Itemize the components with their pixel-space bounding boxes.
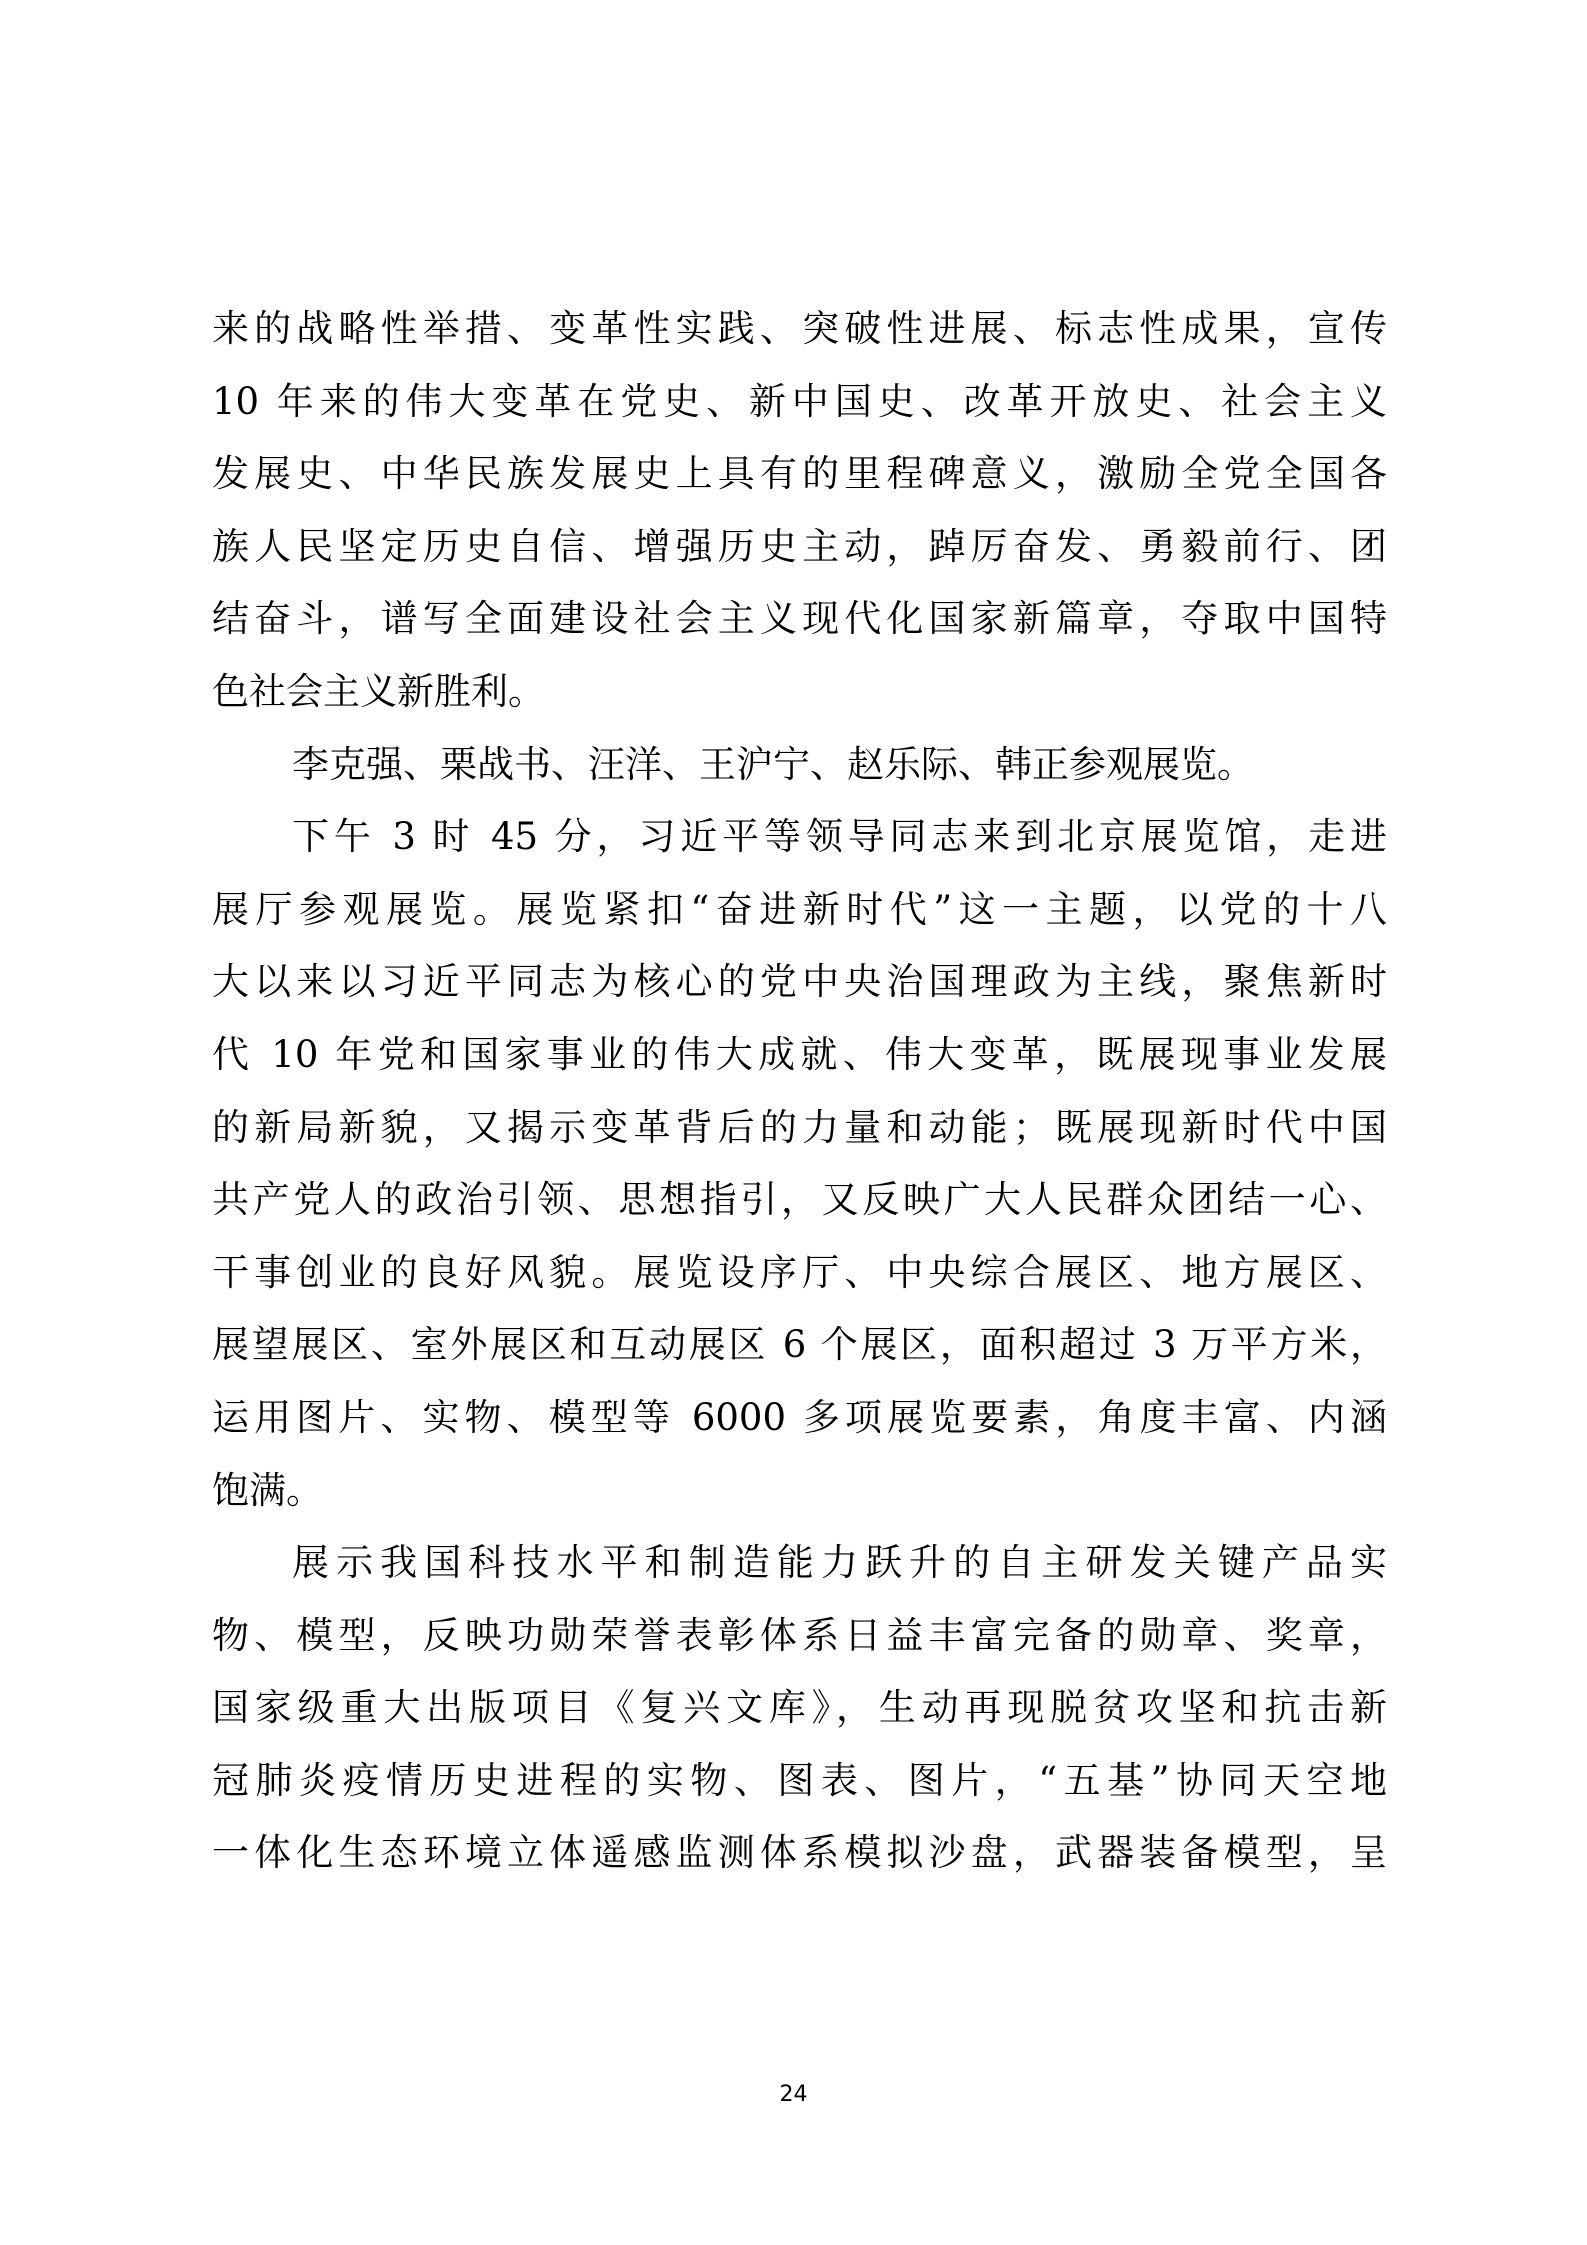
text-line: 共产党人的政治引领、思想指引，又反映广大人民群众团结一心、: [212, 1164, 1387, 1237]
text-line: 饱满。: [212, 1455, 1387, 1528]
text-line: 10 年来的伟大变革在党史、新中国史、改革开放史、社会主义: [212, 366, 1387, 439]
text-line: 国家级重大出版项目《复兴文库》，生动再现脱贫攻坚和抗击新: [212, 1672, 1387, 1745]
text-line: 李克强、栗战书、汪洋、王沪宁、赵乐际、韩正参观展览。: [212, 729, 1387, 802]
text-line: 大以来以习近平同志为核心的党中央治国理政为主线，聚焦新时: [212, 946, 1387, 1019]
text-line: 色社会主义新胜利。: [212, 656, 1387, 729]
text-line: 代 10 年党和国家事业的伟大成就、伟大变革，既展现事业发展: [212, 1019, 1387, 1092]
text-line: 干事创业的良好风貌。展览设序厅、中央综合展区、地方展区、: [212, 1237, 1387, 1310]
text-line: 结奋斗，谱写全面建设社会主义现代化国家新篇章，夺取中国特: [212, 583, 1387, 656]
text-line: 族人民坚定历史自信、增强历史主动，踔厉奋发、勇毅前行、团: [212, 511, 1387, 584]
paragraph-2: 李克强、栗战书、汪洋、王沪宁、赵乐际、韩正参观展览。: [212, 729, 1387, 802]
text-line: 来的战略性举措、变革性实践、突破性进展、标志性成果，宣传: [212, 293, 1387, 366]
text-line: 下午 3 时 45 分，习近平等领导同志来到北京展览馆，走进: [212, 801, 1387, 874]
text-line: 展厅参观展览。展览紧扣“奋进新时代”这一主题，以党的十八: [212, 874, 1387, 947]
paragraph-1: 来的战略性举措、变革性实践、突破性进展、标志性成果，宣传 10 年来的伟大变革在…: [212, 293, 1387, 729]
body-text: 来的战略性举措、变革性实践、突破性进展、标志性成果，宣传 10 年来的伟大变革在…: [212, 293, 1387, 1890]
paragraph-4: 展示我国科技水平和制造能力跃升的自主研发关键产品实 物、模型，反映功勋荣誉表彰体…: [212, 1527, 1387, 1890]
text-line: 展示我国科技水平和制造能力跃升的自主研发关键产品实: [212, 1527, 1387, 1600]
text-line: 运用图片、实物、模型等 6000 多项展览要素，角度丰富、内涵: [212, 1382, 1387, 1455]
text-line: 冠肺炎疫情历史进程的实物、图表、图片，“五基”协同天空地: [212, 1745, 1387, 1818]
text-line: 展望展区、室外展区和互动展区 6 个展区，面积超过 3 万平方米，: [212, 1309, 1387, 1382]
text-line: 发展史、中华民族发展史上具有的里程碑意义，激励全党全国各: [212, 438, 1387, 511]
text-line: 物、模型，反映功勋荣誉表彰体系日益丰富完备的勋章、奖章，: [212, 1600, 1387, 1673]
page-number: 24: [0, 2082, 1587, 2107]
text-line: 的新局新貌，又揭示变革背后的力量和动能；既展现新时代中国: [212, 1092, 1387, 1165]
text-line: 一体化生态环境立体遥感监测体系模拟沙盘，武器装备模型，呈: [212, 1817, 1387, 1890]
paragraph-3: 下午 3 时 45 分，习近平等领导同志来到北京展览馆，走进 展厅参观展览。展览…: [212, 801, 1387, 1527]
document-page: 来的战略性举措、变革性实践、突破性进展、标志性成果，宣传 10 年来的伟大变革在…: [0, 0, 1587, 2245]
